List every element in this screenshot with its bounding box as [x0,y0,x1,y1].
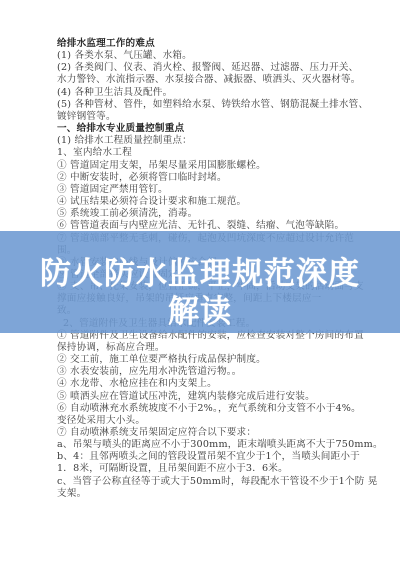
doc-line: ⑤ 系统竣工前必须清洗，消毒。 [57,208,357,220]
doc-line: ① 管道固定用支架，吊架尽量采用国膨胀螺栓。 [57,160,357,172]
doc-line: ⑤ 喷洒头应在管道试压冲洗，建筑内装修完成后进行安装。 [57,391,357,403]
doc-line: ③ 管道固定严禁用管钉。 [57,184,357,196]
doc-line: b、4：且邻两喷头之间的管段设置吊架不宜少于1个，当喷头间距小于 [57,451,357,463]
doc-line: 1．8米，可隔断设置，且吊架间距不应小于3．6米。 [57,463,357,475]
doc-line: 1、室内给水工程 [57,147,357,159]
doc-line: 变径处采用大小头。 [57,415,357,427]
doc-line: ② 交工前，施工单位要严格执行成品保护制度。 [57,354,357,366]
doc-line: 镀锌钢管等。 [57,111,357,123]
doc-line: ④ 水龙带、水枪应挂在和内支架上。 [57,378,357,390]
doc-line: c、当管子公称直径等于或大于50mm时，每段配水干管设不少于1个防 晃 [57,476,357,488]
doc-line: (4) 各种卫生洁具及配件。 [57,87,357,99]
doc-line: ⑥ 自动喷淋充水系统坡度不小于2%。，充气系统和分支管不小于4%。 [57,403,357,415]
doc-line: (1) 各类水泵、气压罐、水箱。 [57,50,357,62]
doc-line: 水力警铃、水流指示器、水泵接合器、减振器、喷洒头、灭火器材等。 [57,74,357,86]
doc-line: ③ 水表安装前，应先用水冲洗管道污物。。 [57,366,357,378]
doc-line: ⑦ 自动喷淋系统支吊架固定应符合以下要求： [57,427,357,439]
doc-heading: 给排水监理工作的难点 [57,38,357,50]
doc-line: ② 中断安装时，必须将管口临时封堵。 [57,172,357,184]
doc-line: (5) 各种管材、管件，如塑料给水泵、铸铁给水管、钢筋混凝土排水管、 [57,99,357,111]
banner-title-line2: 解读 [0,286,400,331]
doc-line: (2) 各类阀门、仪表、消火栓、报警阀、延迟器、过滤器、压力开关、 [57,62,357,74]
doc-section-heading: 一、给排水专业质量控制重点 [57,123,357,135]
doc-line: 支架。 [57,488,357,500]
doc-line: 保持协调，标高应合理。 [57,342,357,354]
doc-line: ④ 试压结果必须符合设计要求和施工规范。 [57,196,357,208]
doc-line: (1) 给排水工程质量控制重点： [57,135,357,147]
doc-line: a、吊架与喷头的距离应不小于300mm，距末端喷头距离不大于750mm。 [57,439,357,451]
